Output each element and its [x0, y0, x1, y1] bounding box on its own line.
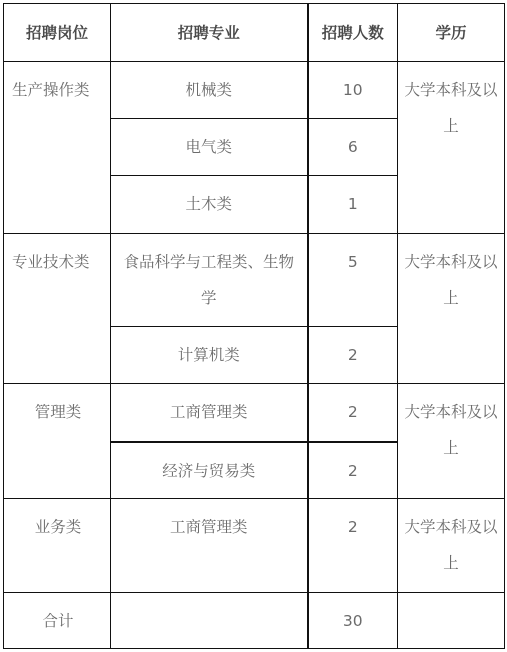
header-row: 招聘岗位 招聘专业 招聘人数 学历: [4, 4, 505, 62]
count-cell: 2: [308, 327, 398, 384]
count-cell: 2: [308, 499, 398, 593]
header-education: 学历: [398, 4, 505, 62]
major-cell: 电气类: [111, 119, 308, 176]
count-cell: 10: [308, 62, 398, 119]
total-row: 合计 30: [4, 593, 505, 649]
count-cell: 2: [308, 442, 398, 499]
major-cell: 机械类: [111, 62, 308, 119]
table-row: 业务类 工商管理类 2 大学本科及以上: [4, 499, 505, 593]
position-cell: 管理类: [4, 384, 111, 499]
count-cell: 2: [308, 384, 398, 442]
count-cell: 1: [308, 176, 398, 234]
total-major: [111, 593, 308, 649]
education-cell: 大学本科及以上: [398, 384, 505, 499]
major-cell: 土木类: [111, 176, 308, 234]
table-row: 管理类 工商管理类 2 大学本科及以上: [4, 384, 505, 442]
major-cell: 工商管理类: [111, 384, 308, 442]
major-cell: 经济与贸易类: [111, 442, 308, 499]
education-cell: 大学本科及以上: [398, 62, 505, 234]
position-cell: 业务类: [4, 499, 111, 593]
table-row: 生产操作类 机械类 10 大学本科及以上: [4, 62, 505, 119]
education-cell: 大学本科及以上: [398, 234, 505, 384]
header-count: 招聘人数: [308, 4, 398, 62]
major-cell: 工商管理类: [111, 499, 308, 593]
position-cell: 生产操作类: [4, 62, 111, 234]
table-row: 专业技术类 食品科学与工程类、生物学 5 大学本科及以上: [4, 234, 505, 327]
major-cell: 食品科学与工程类、生物学: [111, 234, 308, 327]
count-cell: 5: [308, 234, 398, 327]
count-cell: 6: [308, 119, 398, 176]
education-cell: 大学本科及以上: [398, 499, 505, 593]
recruitment-table: 招聘岗位 招聘专业 招聘人数 学历 生产操作类 机械类 10 大学本科及以上 电…: [3, 3, 505, 649]
major-cell: 计算机类: [111, 327, 308, 384]
total-count: 30: [308, 593, 398, 649]
header-major: 招聘专业: [111, 4, 308, 62]
position-cell: 专业技术类: [4, 234, 111, 384]
total-label: 合计: [4, 593, 111, 649]
header-position: 招聘岗位: [4, 4, 111, 62]
total-education: [398, 593, 505, 649]
